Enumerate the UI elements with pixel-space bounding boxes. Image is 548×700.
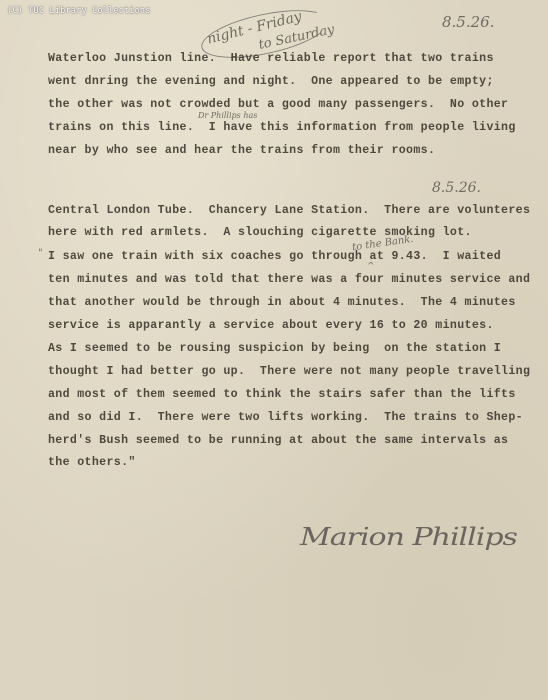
text-line-14: and most of them seemed to think the sta… (48, 388, 516, 401)
text-line-15: and so did I. There were two lifts worki… (48, 411, 523, 424)
handwritten-caret: ^ (367, 262, 375, 272)
handwritten-signature: Marion Phillips (300, 524, 517, 552)
handwritten-date-2: 8.5.26. (432, 180, 481, 196)
handwritten-insert-dr-phillips: Dr Phillips has (198, 111, 257, 120)
text-line-17: the others." (48, 456, 136, 469)
copyright-watermark: (C) TUC Library Collections (7, 6, 151, 16)
document-page: (C) TUC Library Collections night - Frid… (0, 0, 548, 700)
text-line-13: thought I had better go up. There were n… (48, 365, 530, 378)
text-line-12: As I seemed to be rousing suspicion by b… (48, 342, 501, 355)
text-line-4: trains on this line. I have this informa… (48, 121, 516, 134)
text-line-3: the other was not crowded but a good man… (48, 98, 508, 111)
text-line-16: herd's Bush seemed to be running at abou… (48, 434, 508, 447)
text-line-9: ten minutes and was told that there was … (48, 273, 530, 286)
text-line-6: Central London Tube. Chancery Lane Stati… (48, 204, 530, 217)
text-line-10: that another would be through in about 4… (48, 296, 516, 309)
handwritten-date-1: 8.5.26. (442, 13, 494, 31)
text-line-5: near by who see and hear the trains from… (48, 144, 435, 157)
handwritten-open-quote: " (38, 248, 43, 259)
text-line-8: I saw one train with six coaches go thro… (48, 250, 501, 263)
text-line-1: Waterloo Junstion line. Have reliable re… (48, 52, 494, 65)
text-line-2: went dnring the evening and night. One a… (48, 75, 494, 88)
text-line-11: service is apparantly a service about ev… (48, 319, 494, 332)
